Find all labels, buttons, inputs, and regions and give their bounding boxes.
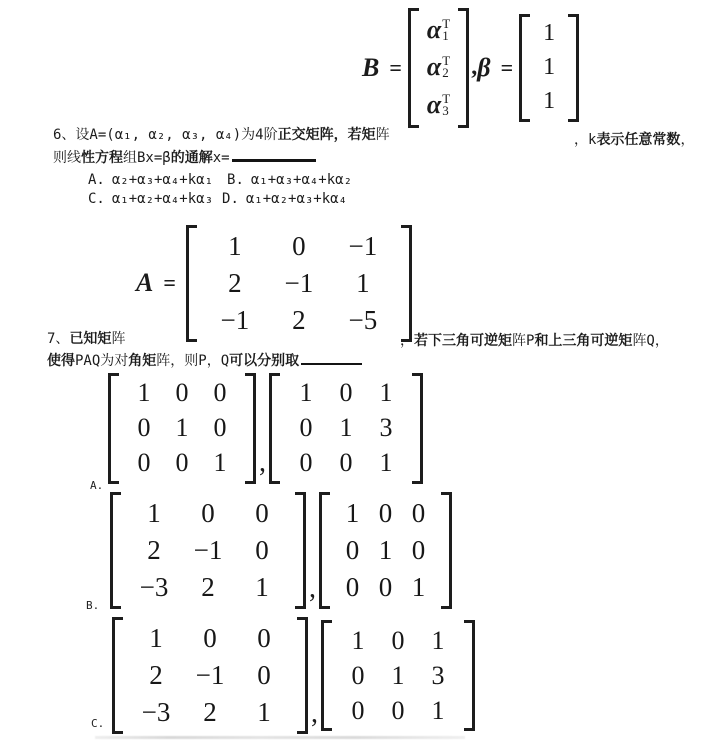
matrix-bracket-right [295, 492, 306, 609]
alpha-scripts: T 2 [442, 55, 450, 79]
matrix-cell: 0 [138, 411, 151, 446]
matrix-cell: 0 [352, 658, 365, 693]
matrix-cell: 0 [201, 495, 215, 532]
q6-text: 则线 [53, 150, 81, 166]
matrix-cell: 0 [203, 620, 217, 657]
note-text: ， [680, 132, 694, 148]
matrix-cell: 0 [255, 532, 269, 569]
matrix-cell: 0 [392, 623, 405, 658]
comma: , [259, 458, 266, 468]
q7-text-bold: 角矩 [128, 353, 156, 369]
q7-option-a-label: A. [90, 479, 103, 492]
matrix-cell: −1 [196, 657, 225, 694]
q7-text: 7、 [47, 331, 69, 347]
matrix-cell: 1 [543, 85, 555, 119]
note-k-constant: ，k表示任意常数， [574, 131, 694, 150]
option-label: D. [222, 191, 239, 207]
question-6-line1: 6、设A=(α₁, α₂, α₃, α₄)为4阶正交矩阵，若矩阵 [53, 126, 390, 145]
option-label: C. [88, 191, 105, 207]
equals-sign: = [501, 55, 514, 81]
matrix-body: 1002−10−321 [121, 492, 295, 609]
option-formula: α₁+α₂+α₄+kα₃ [112, 191, 213, 207]
matrix-a-equation: A = 10−12−11−12−5 [136, 223, 412, 343]
matrix-bracket-right [297, 617, 308, 734]
matrix-cell: 1 [147, 495, 161, 532]
q7-text: PAQ为对 [75, 353, 128, 369]
matrix-cell: 0 [340, 376, 353, 411]
matrix-cell: 0 [346, 532, 360, 569]
matrix-cell: 1 [228, 228, 242, 265]
matrix-cell: 0 [176, 376, 189, 411]
cut-off-next-line-artifact [95, 736, 465, 739]
matrix-beta-body: 111 [530, 14, 568, 122]
equals-sign: = [389, 55, 402, 81]
matrix-bracket-right [458, 8, 469, 128]
q7-text-bold: 若下三角可逆矩 [414, 333, 512, 349]
matrix-cell: 1 [352, 623, 365, 658]
q6-text: 6、设A=(α₁, α₂, α₃, α₄)为4阶 [53, 127, 278, 143]
matrix-cell: 0 [352, 693, 365, 728]
alpha-scripts: T 3 [442, 93, 450, 117]
answer-blank-q6 [232, 146, 316, 162]
matrix-cell: 0 [292, 228, 306, 265]
q6-options-row2: C.α₁+α₂+α₄+kα₃ D.α₁+α₂+α₃+kα₄ [88, 190, 352, 209]
matrix-bracket-right [464, 620, 475, 731]
q6-text-bold: 的通解 [171, 150, 213, 166]
matrix-cell: 0 [346, 569, 360, 606]
alpha-scripts: T 1 [442, 18, 450, 42]
matrix-cell: 0 [257, 657, 271, 694]
matrix-cell: 0 [257, 620, 271, 657]
matrix-cell: −1 [194, 532, 223, 569]
option-c-matrix-q: 101013001 [321, 620, 475, 731]
q7-text-bold: 已知矩 [69, 331, 111, 347]
matrix-a-body: 10−12−11−12−5 [197, 225, 401, 342]
matrix-cell: 0 [412, 495, 426, 532]
option-label: A. [88, 172, 105, 188]
matrix-cell: 0 [412, 532, 426, 569]
comma: , [309, 584, 316, 594]
matrix-body: 100010001 [119, 373, 245, 484]
q7-option-b-matrices: 1002−10−321 , 100010001 [110, 491, 452, 610]
matrix-entry-alpha2: α T 2 [427, 52, 450, 82]
option-formula: α₁+α₃+α₄+kα₂ [251, 172, 352, 188]
matrix-cell: 0 [379, 569, 393, 606]
matrix-bracket-left [269, 373, 280, 484]
matrix-cell: −1 [349, 228, 378, 265]
matrix-a: 10−12−11−12−5 [186, 225, 412, 342]
matrix-bracket-right [401, 225, 412, 342]
matrix-cell: 1 [379, 532, 393, 569]
matrix-bracket-left [321, 620, 332, 731]
matrix-cell: 0 [214, 376, 227, 411]
matrix-bracket-right [568, 14, 579, 122]
option-b-matrix-q: 100010001 [319, 492, 452, 609]
matrix-cell: 2 [292, 302, 306, 339]
q7-text: ， [400, 333, 414, 349]
option-label: B. [227, 172, 244, 188]
matrix-cell: 0 [176, 446, 189, 481]
matrix-cell: 0 [138, 446, 151, 481]
matrix-entry-alpha3: α T 3 [427, 90, 450, 120]
matrix-cell: 1 [138, 376, 151, 411]
option-a-matrix-q: 101013001 [269, 373, 423, 484]
matrix-bracket-right [412, 373, 423, 484]
matrix-bracket-left [319, 492, 330, 609]
q7-option-c-label: C. [91, 717, 104, 730]
q7-text: 阵 [111, 331, 125, 347]
matrix-body: 101013001 [332, 620, 464, 731]
matrix-cell: 0 [379, 495, 393, 532]
matrix-cell: 0 [214, 411, 227, 446]
formula-b-beta: B = α T 1 α T 2 [362, 5, 579, 130]
note-text: ，k [574, 132, 596, 148]
q6-text-bold: 正交矩阵，若矩 [278, 127, 376, 143]
matrix-cell: 1 [380, 376, 393, 411]
matrix-bracket-left [519, 14, 530, 122]
matrix-cell: 2 [149, 657, 163, 694]
alpha-symbol: α [427, 52, 441, 82]
note-text-bold: 表示任意常数 [596, 132, 680, 148]
subscript-index: 2 [442, 67, 449, 79]
subscript-index: 1 [442, 30, 449, 42]
matrix-b-body: α T 1 α T 2 α T 3 [419, 8, 458, 128]
matrix-body: 101013001 [280, 373, 412, 484]
q7-text: 阵P [512, 333, 534, 349]
matrix-bracket-left [110, 492, 121, 609]
q6-option-d: D.α₁+α₂+α₃+kα₄ [222, 190, 347, 209]
matrix-b: α T 1 α T 2 α T 3 [408, 8, 469, 128]
matrix-cell: 1 [412, 569, 426, 606]
q6-option-c: C.α₁+α₂+α₄+kα₃ [88, 190, 213, 209]
matrix-cell: −1 [221, 302, 250, 339]
option-a-matrix-p: 100010001 [108, 373, 256, 484]
q6-option-b: B.α₁+α₃+α₄+kα₂ [227, 171, 352, 190]
q7-text-bold: 和上三角可逆矩 [534, 333, 632, 349]
matrix-cell: 2 [147, 532, 161, 569]
matrix-cell: 1 [356, 265, 370, 302]
q6-text: x= [213, 150, 230, 166]
matrix-entry-alpha1: α T 1 [427, 15, 450, 45]
matrix-bracket-right [245, 373, 256, 484]
matrix-cell: 0 [300, 411, 313, 446]
q6-option-a: A.α₂+α₃+α₄+kα₁ [88, 171, 213, 190]
q7-text: 阵，则P，Q [156, 353, 229, 369]
question-7-line2: 使得PAQ为对角矩阵，则P，Q可以分别取 [47, 350, 362, 371]
matrix-cell: 3 [432, 658, 445, 693]
matrix-cell: 2 [228, 265, 242, 302]
q6-text-bold: 性方程 [81, 150, 123, 166]
matrix-cell: 1 [392, 658, 405, 693]
matrix-cell: 1 [543, 17, 555, 51]
matrix-cell: 0 [300, 446, 313, 481]
matrix-cell: 1 [214, 446, 227, 481]
matrix-cell: 1 [176, 411, 189, 446]
question-6-options: A.α₂+α₃+α₄+kα₁ B.α₁+α₃+α₄+kα₂ C.α₁+α₂+α₄… [88, 171, 352, 209]
var-a: A [136, 268, 153, 298]
option-c-matrix-p: 1002−10−321 [112, 617, 308, 734]
q7-option-b-label: B. [86, 599, 99, 612]
question-6-line2: 则线性方程组Bx=β的通解x= [53, 146, 316, 168]
matrix-cell: 1 [255, 569, 269, 606]
subscript-index: 3 [442, 105, 449, 117]
option-formula: α₂+α₃+α₄+kα₁ [112, 172, 213, 188]
matrix-cell: 0 [255, 495, 269, 532]
equals-sign: = [163, 270, 176, 296]
matrix-bracket-left [186, 225, 197, 342]
matrix-cell: −1 [285, 265, 314, 302]
comma: , [311, 709, 318, 719]
var-beta: β [477, 53, 490, 83]
var-b: B [362, 53, 379, 83]
matrix-cell: 1 [300, 376, 313, 411]
matrix-cell: 1 [149, 620, 163, 657]
matrix-beta: 111 [519, 14, 579, 122]
matrix-cell: 0 [340, 446, 353, 481]
q7-text-bold: 可以分别取 [229, 353, 299, 369]
matrix-cell: 1 [346, 495, 360, 532]
q6-text: 阵 [376, 127, 390, 143]
question-7-intro: 7、已知矩阵 [47, 330, 125, 349]
question-7-condition: ，若下三角可逆矩阵P和上三角可逆矩阵Q， [400, 332, 669, 351]
q7-option-a-matrices: 100010001 , 101013001 [108, 372, 423, 484]
matrix-cell: −5 [349, 302, 378, 339]
q6-text: 组Bx=β [123, 150, 171, 166]
q6-options-row1: A.α₂+α₃+α₄+kα₁ B.α₁+α₃+α₄+kα₂ [88, 171, 352, 190]
matrix-cell: 1 [257, 694, 271, 731]
q7-text-bold: 使得 [47, 353, 75, 369]
matrix-body: 1002−10−321 [123, 617, 297, 734]
matrix-cell: 1 [543, 51, 555, 85]
matrix-cell: 1 [380, 446, 393, 481]
matrix-cell: 2 [203, 694, 217, 731]
matrix-cell: 0 [392, 693, 405, 728]
alpha-symbol: α [427, 15, 441, 45]
option-b-matrix-p: 1002−10−321 [110, 492, 306, 609]
q7-text: 阵Q， [632, 333, 668, 349]
matrix-cell: 2 [201, 569, 215, 606]
matrix-cell: 1 [432, 623, 445, 658]
matrix-body: 100010001 [330, 492, 441, 609]
matrix-cell: 1 [432, 693, 445, 728]
matrix-bracket-left [112, 617, 123, 734]
matrix-cell: −3 [142, 694, 171, 731]
matrix-bracket-right [441, 492, 452, 609]
exam-page: B = α T 1 α T 2 [0, 0, 702, 740]
matrix-cell: 1 [340, 411, 353, 446]
q7-option-c-matrices: 1002−10−321 , 101013001 [112, 616, 475, 735]
answer-blank-q7 [301, 350, 362, 365]
matrix-cell: 3 [380, 411, 393, 446]
alpha-symbol: α [427, 90, 441, 120]
option-formula: α₁+α₂+α₃+kα₄ [246, 191, 347, 207]
matrix-cell: −3 [140, 569, 169, 606]
matrix-bracket-left [108, 373, 119, 484]
matrix-bracket-left [408, 8, 419, 128]
